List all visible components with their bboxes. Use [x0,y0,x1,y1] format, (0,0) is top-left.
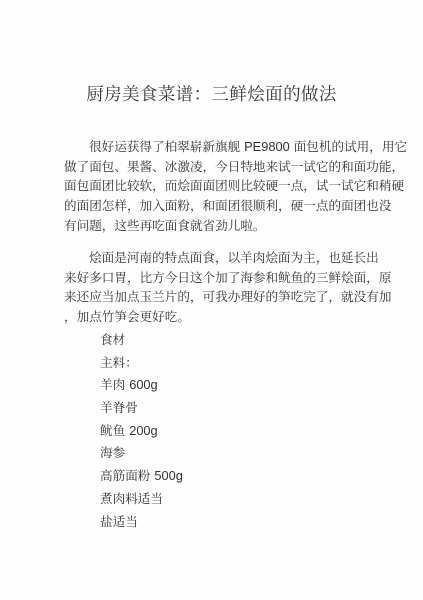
ingredient-item: 鱿鱼 200g [100,420,183,443]
paragraph-line: ，加点竹笋会更好吃。 [64,307,364,327]
paragraph-line: 有问题，这些再吃面食就省劲儿啦。 [64,216,364,236]
paragraph-line: 做了面包、果酱、冰激凌，今日特地来试一试它的和面功能， [64,157,364,177]
document-page: 厨房美食菜谱：三鲜烩面的做法 很好运获得了柏翠崭新旗舰 PE9800 面包机的试… [0,0,423,600]
paragraph-line: 的面团怎样，加入面粉，和面团很顺利，硬一点的面团也没 [64,196,364,216]
main-ingredients-label: 主料： [100,352,183,375]
paragraph-line: 烩面是河南的特点面食，以羊肉烩面为主，也延长出 [64,248,364,268]
ingredient-item: 海参 [100,442,183,465]
paragraph-line: 面包面团比较软，而烩面面团则比较硬一点，试一试它和稍硬 [64,176,364,196]
page-title: 厨房美食菜谱：三鲜烩面的做法 [0,84,423,106]
intro-paragraph: 很好运获得了柏翠崭新旗舰 PE9800 面包机的试用，用它 做了面包、果酱、冰激… [64,137,364,236]
ingredient-item: 煮肉料适当 [100,488,183,511]
ingredients-heading: 食材 [100,329,183,352]
ingredient-item: 羊脊骨 [100,397,183,420]
ingredient-item: 盐适当 [100,511,183,534]
paragraph-line: 来好多口胃，比方今日这个加了海参和鱿鱼的三鲜烩面，原 [64,268,364,288]
paragraph-line: 来还应当加点玉兰片的，可我办理好的笋吃完了，就没有加 [64,287,364,307]
ingredient-item: 高筋面粉 500g [100,465,183,488]
model-number: PE9800 [244,139,290,154]
paragraph-line: 很好运获得了柏翠崭新旗舰 PE9800 面包机的试用，用它 [64,137,364,157]
ingredients-list: 食材 主料： 羊肉 600g 羊脊骨 鱿鱼 200g 海参 高筋面粉 500g … [100,329,183,533]
description-paragraph: 烩面是河南的特点面食，以羊肉烩面为主，也延长出 来好多口胃，比方今日这个加了海参… [64,248,364,327]
ingredient-item: 羊肉 600g [100,374,183,397]
